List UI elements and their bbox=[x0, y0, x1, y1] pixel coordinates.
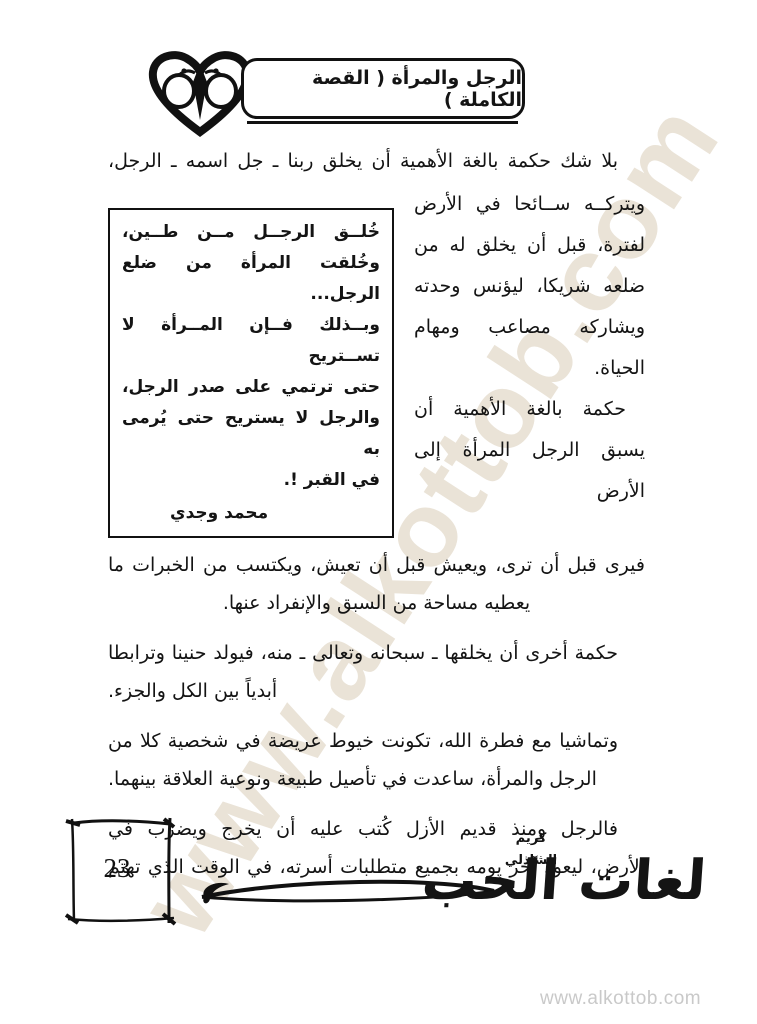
paragraph-line: يعطيه مساحة من السبق والإنفراد عنها. bbox=[108, 584, 645, 622]
body-text: بلا شك حكمة بالغة الأهمية أن يخلق ربنا ـ… bbox=[108, 142, 645, 886]
paragraph-line: فيرى قبل أن ترى، ويعيش قبل أن تعيش، ويكت… bbox=[108, 546, 645, 584]
quote-line: والرجل لا يستريح حتى يُرمى به bbox=[122, 403, 380, 465]
paragraph-line: حكمة أخرى أن يخلقها ـ سبحانه وتعالى ـ من… bbox=[108, 634, 645, 672]
page-content: الرجل والمرأة ( القصة الكاملة ) بلا شك ح… bbox=[0, 0, 757, 1024]
column-line: لفترة، قبل أن يخلق له من bbox=[414, 225, 645, 266]
book-page: www.alkottob.com الرجل والمرأة ( القصة ا… bbox=[0, 0, 757, 1024]
column-line: يسبق الرجل المرأة إلى الأرض bbox=[414, 430, 645, 512]
paragraph-line: أبدياً بين الكل والجزء. bbox=[108, 672, 645, 710]
paragraph-1-line: بلا شك حكمة بالغة الأهمية أن يخلق ربنا ـ… bbox=[108, 142, 645, 180]
heart-doves-icon bbox=[143, 48, 257, 138]
paragraph-line: الرجل والمرأة، ساعدت في تأصيل طبيعة ونوع… bbox=[108, 760, 645, 798]
quote-box: خُلــق الرجــل مــن طــين، وخُلقت المرأة… bbox=[108, 208, 394, 538]
column-line: الحياة. bbox=[414, 348, 645, 389]
title-underline bbox=[247, 121, 518, 124]
paragraph-line: وتماشيا مع فطرة الله، تكونت خيوط عريضة ف… bbox=[108, 722, 645, 760]
chapter-title: الرجل والمرأة ( القصة الكاملة ) bbox=[244, 67, 522, 111]
quote-line: خُلــق الرجــل مــن طــين، bbox=[122, 217, 380, 248]
paragraph-2: فيرى قبل أن ترى، ويعيش قبل أن تعيش، ويكت… bbox=[108, 546, 645, 622]
author-first-name: كريم bbox=[486, 828, 576, 850]
chapter-title-box: الرجل والمرأة ( القصة الكاملة ) bbox=[241, 58, 525, 119]
column-line: حكمة بالغة الأهمية أن bbox=[414, 389, 645, 430]
quote-attribution: محمد وجدي bbox=[122, 498, 380, 528]
book-title-calligraphy: لغات الحب bbox=[406, 848, 722, 912]
narrow-column: ويتركــه ســائحا في الأرض لفترة، قبل أن … bbox=[414, 184, 645, 512]
site-url-text: www.alkottob.com bbox=[540, 988, 701, 1010]
wrap-row: ويتركــه ســائحا في الأرض لفترة، قبل أن … bbox=[108, 184, 645, 538]
book-signature: كريم الشاذلي لغات الحب bbox=[408, 796, 720, 1006]
quote-line: وبــذلك فــإن المــرأة لا تســتريح bbox=[122, 310, 380, 372]
quote-line: وخُلقت المرأة من ضلع الرجل... bbox=[122, 248, 380, 310]
column-line: ويشاركه مصاعب ومهام bbox=[414, 307, 645, 348]
paragraph-3: حكمة أخرى أن يخلقها ـ سبحانه وتعالى ـ من… bbox=[108, 634, 645, 710]
quote-line: في القبر !. bbox=[122, 465, 380, 496]
column-line: ضلعه شريكا، ليؤنس وحدته bbox=[414, 266, 645, 307]
column-line: ويتركــه ســائحا في الأرض bbox=[414, 184, 645, 225]
paragraph-4: وتماشيا مع فطرة الله، تكونت خيوط عريضة ف… bbox=[108, 722, 645, 798]
page-number: 23 bbox=[60, 815, 174, 921]
quote-line: حتى ترتمي على صدر الرجل، bbox=[122, 372, 380, 403]
